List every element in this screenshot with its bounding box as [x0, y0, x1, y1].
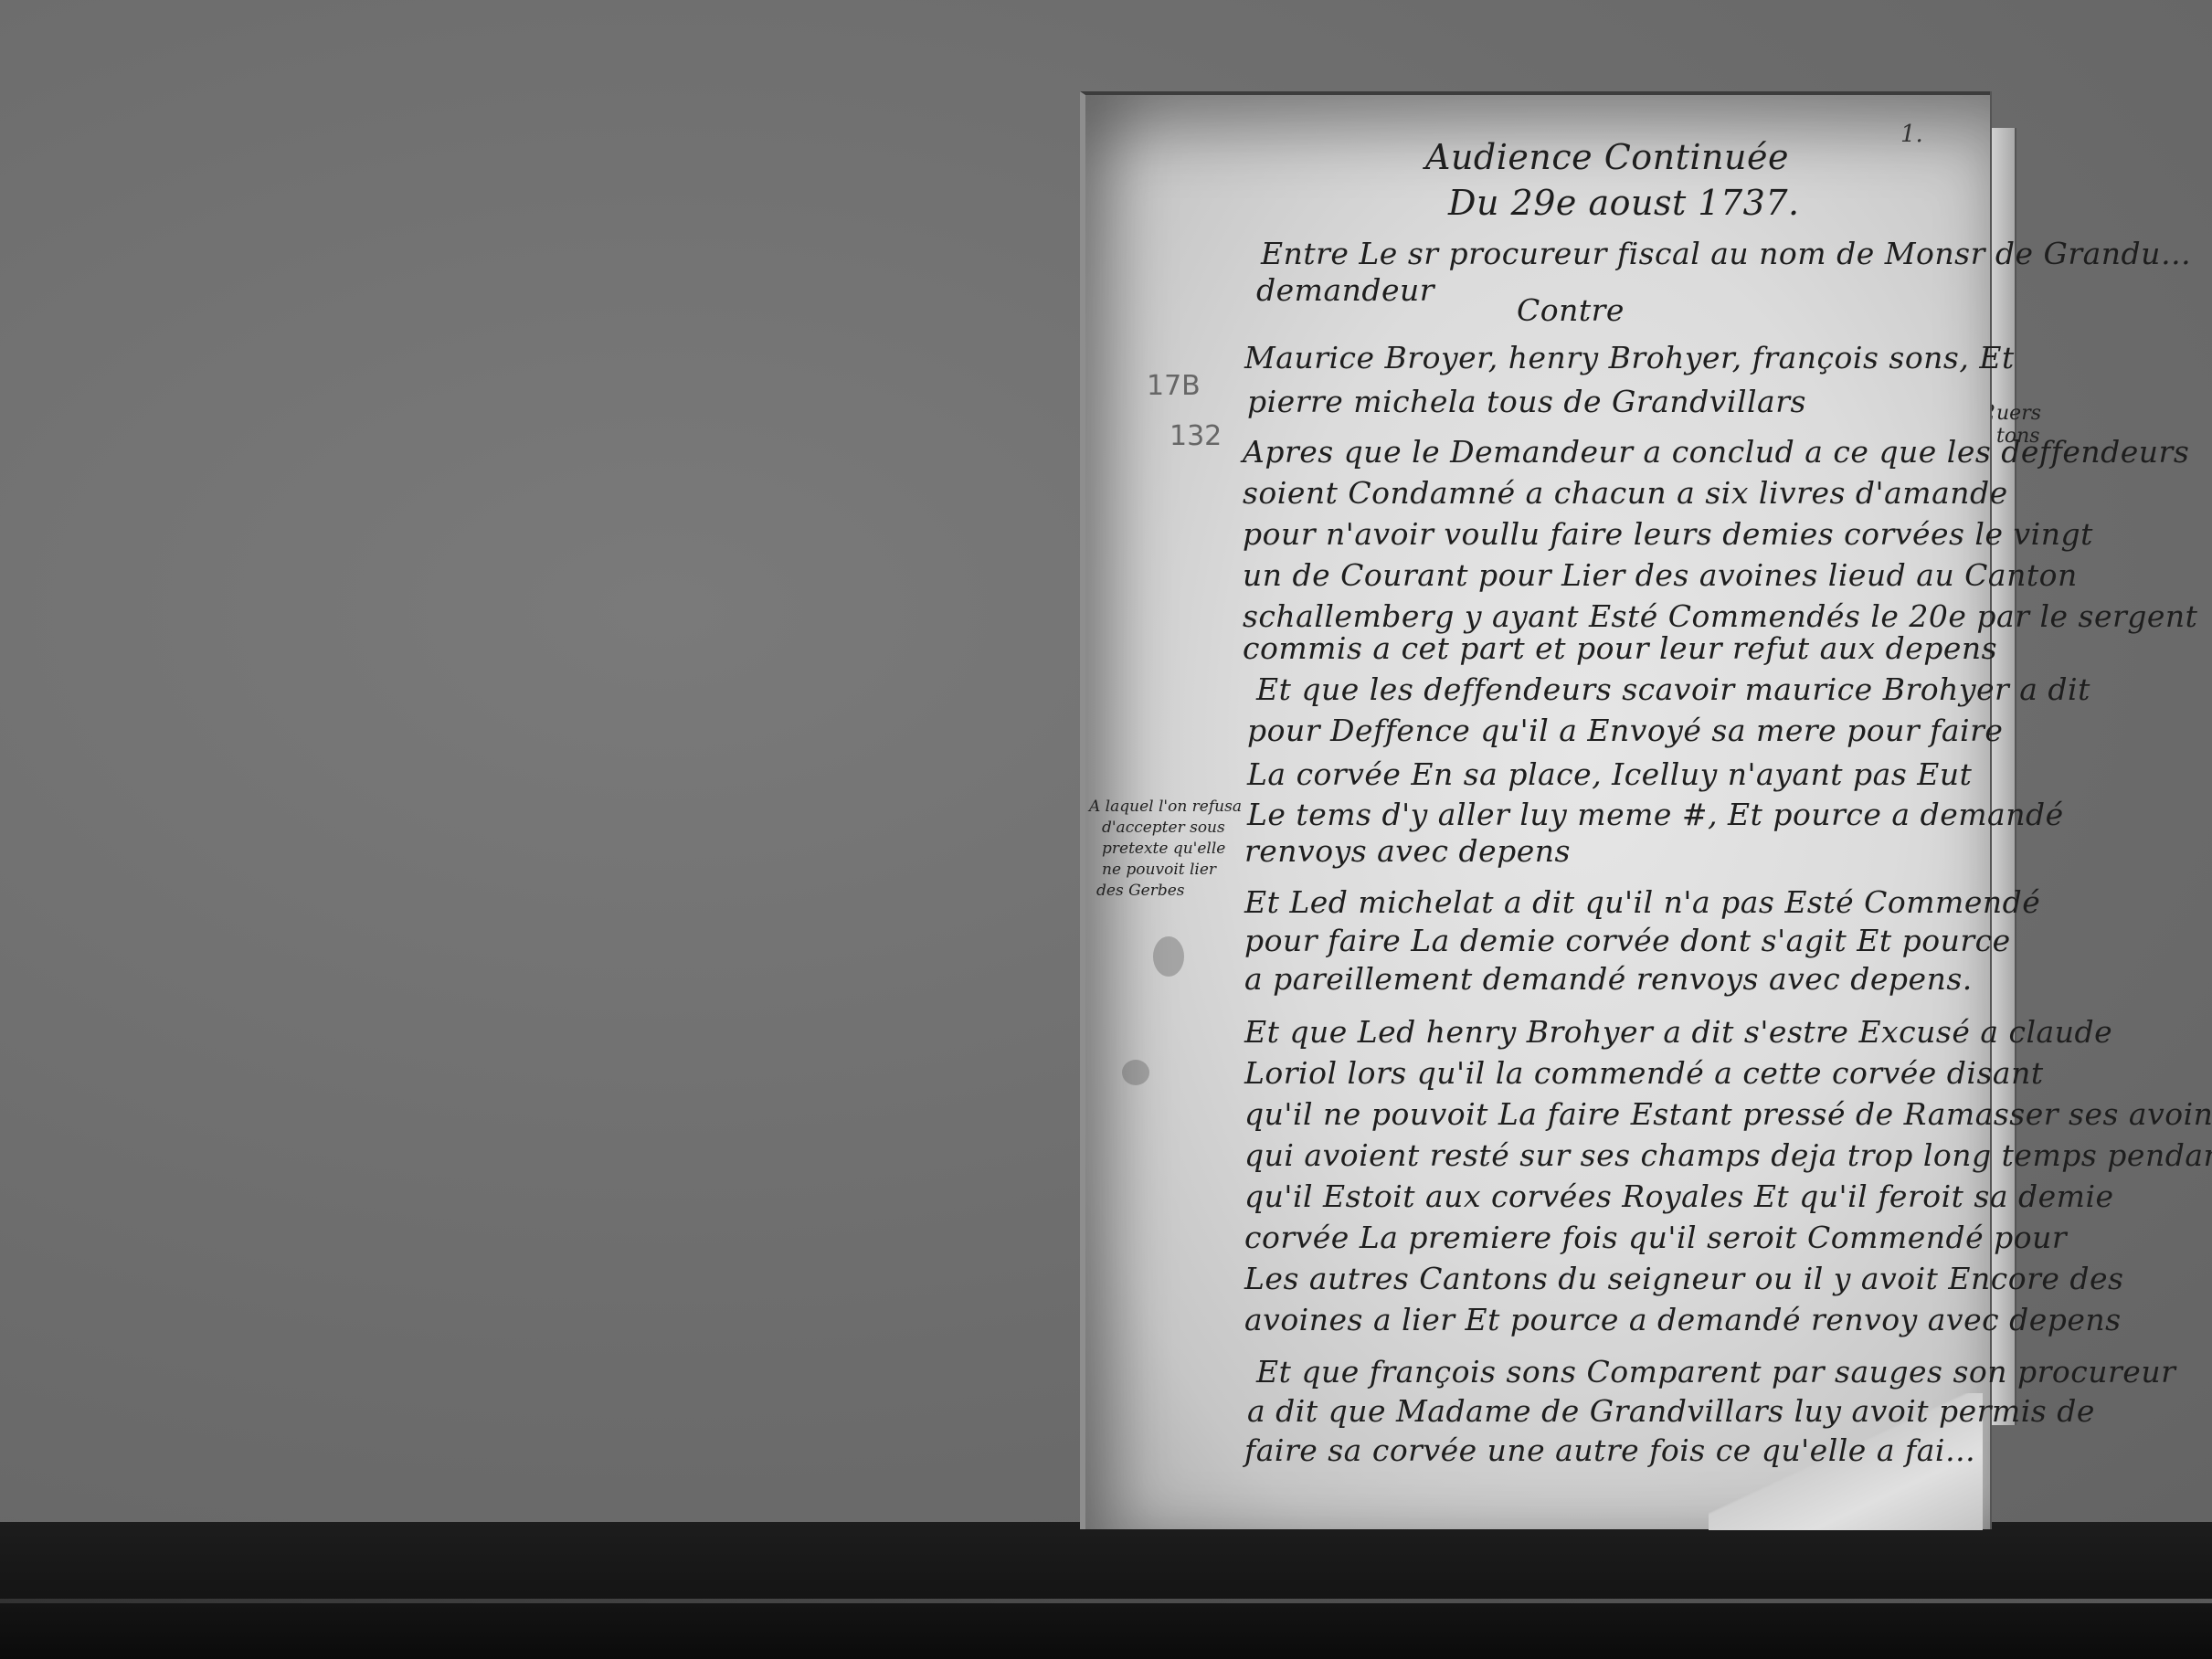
- text-line: La corvée En sa place, Icelluy n'ayant p…: [1247, 756, 1972, 792]
- dark-shelf-base: [0, 1522, 2212, 1659]
- text-line: Et que Led henry Brohyer a dit s'estre E…: [1244, 1014, 2112, 1050]
- text-line: pierre michela tous de Grandvillars: [1247, 384, 1806, 419]
- margin-note-line: pretexte qu'elle: [1089, 839, 1244, 860]
- text-line: commis a cet part et pour leur refut aux…: [1243, 630, 1997, 666]
- text-line: un de Courant pour Lier des avoines lieu…: [1243, 557, 2078, 593]
- text-line: pour n'avoir voullu faire leurs demies c…: [1243, 516, 2093, 552]
- back-page-fragment: uers: [1996, 402, 2041, 425]
- document-date: Du 29e aoust 1737.: [1448, 183, 1800, 223]
- text-line: renvoys avec depens: [1244, 833, 1571, 869]
- text-line: a pareillement demandé renvoys avec depe…: [1244, 961, 1973, 997]
- text-line: qui avoient resté sur ses champs deja tr…: [1244, 1137, 2212, 1173]
- text-line: qu'il ne pouvoit La faire Estant pressé …: [1244, 1096, 2212, 1132]
- text-line: corvée La premiere fois qu'il seroit Com…: [1244, 1220, 2067, 1255]
- text-line: avoines a lier Et pource a demandé renvo…: [1244, 1302, 2122, 1337]
- text-line: Et Led michelat a dit qu'il n'a pas Esté…: [1244, 884, 2040, 920]
- text-line: Le tems d'y aller luy meme #, Et pource …: [1247, 797, 2064, 832]
- text-line: Contre: [1517, 292, 1625, 328]
- document-title: Audience Continuée: [1425, 137, 1789, 177]
- margin-note: A laquel l'on refusa d'accepter sous pre…: [1089, 797, 1244, 902]
- margin-note-line: d'accepter sous: [1089, 818, 1244, 839]
- text-line: faire sa corvée une autre fois ce qu'ell…: [1244, 1432, 1975, 1468]
- text-line: Et que les deffendeurs scavoir maurice B…: [1256, 671, 2090, 707]
- text-line: a dit que Madame de Grandvillars luy avo…: [1247, 1393, 2095, 1429]
- pencil-shelfmark: 17B: [1147, 370, 1201, 402]
- pencil-shelfmark: 132: [1170, 420, 1222, 452]
- text-line: Et que françois sons Comparent par sauge…: [1256, 1354, 2175, 1390]
- folio-number: 1.: [1900, 121, 1923, 148]
- text-line: pour Deffence qu'il a Envoyé sa mere pou…: [1247, 713, 2003, 748]
- shelf-edge-line: [0, 1599, 2212, 1603]
- ink-stain: [1122, 1060, 1149, 1085]
- text-line: qu'il Estoit aux corvées Royales Et qu'i…: [1244, 1178, 2114, 1214]
- text-line: soient Condamné a chacun a six livres d'…: [1243, 475, 2008, 511]
- text-line: Les autres Cantons du seigneur ou il y a…: [1244, 1261, 2124, 1296]
- text-line: Loriol lors qu'il la commendé a cette co…: [1244, 1055, 2044, 1091]
- margin-note-line: ne pouvoit lier: [1089, 860, 1244, 881]
- ink-stain: [1153, 936, 1184, 977]
- text-line: Entre Le sr procureur fiscal au nom de M…: [1261, 236, 2191, 271]
- margin-note-line: des Gerbes: [1089, 881, 1244, 902]
- text-line: schallemberg y ayant Esté Commendés le 2…: [1243, 598, 2197, 634]
- text-line: Maurice Broyer, henry Brohyer, françois …: [1244, 340, 2015, 375]
- text-line: pour faire La demie corvée dont s'agit E…: [1244, 923, 2011, 958]
- text-line: demandeur: [1256, 272, 1434, 308]
- margin-note-line: A laquel l'on refusa: [1089, 797, 1244, 818]
- text-line: Apres que le Demandeur a conclud a ce qu…: [1243, 434, 2189, 470]
